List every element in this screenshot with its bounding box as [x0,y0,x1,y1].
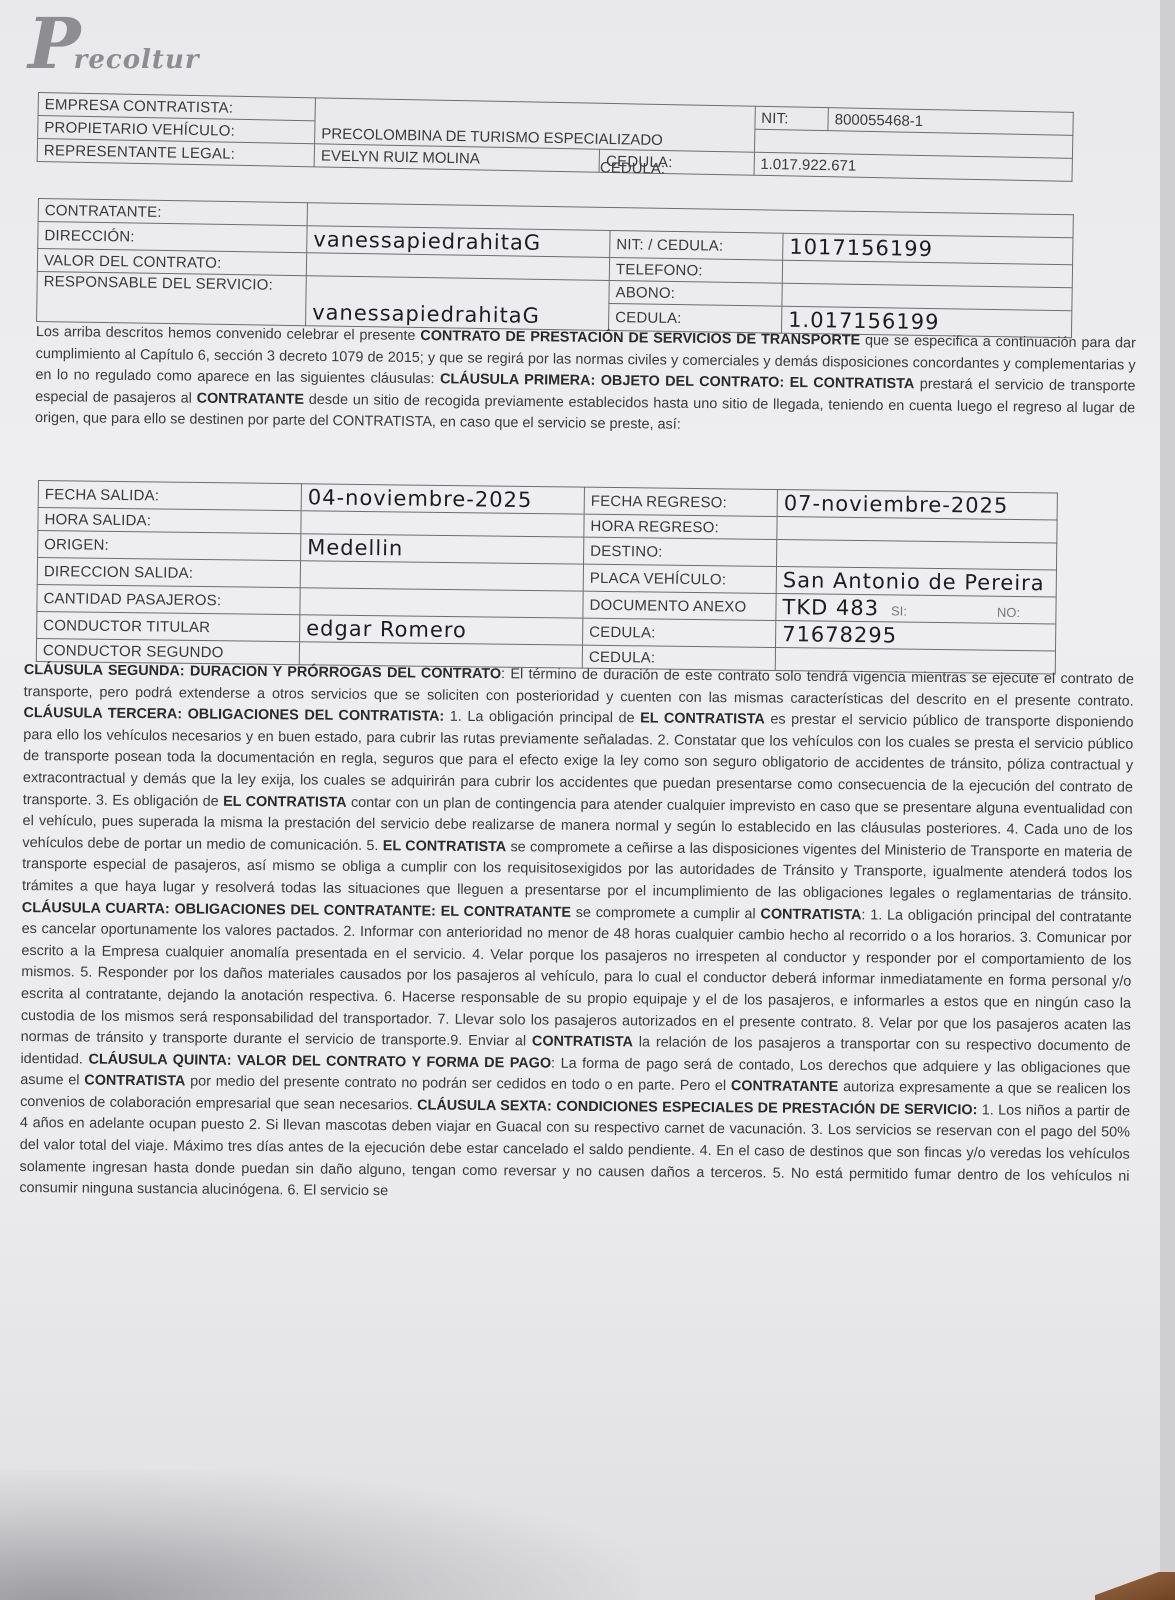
clausula-cuarta-text-2: : 1. La obligación principal del contrat… [21,907,1132,1050]
el-contratista-word: EL CONTRATISTA [640,711,765,728]
direccion-label: DIRECCIÓN: [38,222,307,253]
table-surface [1095,1572,1175,1600]
intro-text-a: Los arriba descritos hemos convenido cel… [36,324,421,344]
company-info-table: EMPRESA CONTRATISTA: PRECOLOMBINA DE TUR… [37,92,1074,182]
trip-left-label: FECHA SALIDA: [38,481,301,511]
empresa-contratista-value: PRECOLOMBINA DE TURISMO ESPECIALIZADO [315,98,755,152]
trip-right-label: DOCUMENTO ANEXO [583,591,776,620]
trip-left-label: ORIGEN: [38,531,301,561]
trip-left-value [300,588,583,618]
clausula-tercera-text-1: 1. La obligación principal de [444,709,640,727]
photo-shadow [0,1470,640,1600]
clausula-tercera-text-2: es prestar el servicio público de transp… [23,712,1134,810]
anexo-si-checkbox: SI: [891,603,907,618]
clausula-segunda-title: CLÁUSULA SEGUNDA: DURACION Y PRÓRROGAS D… [24,662,501,682]
trip-left-value [300,561,583,591]
trip-right-label: CEDULA: [583,618,776,647]
trip-right-value: San Antonio de Pereira [776,567,1056,597]
trip-right-value: 07-noviembre-2025 [777,490,1057,520]
contract-type-title: CONTRATO DE PRESTACIÓN DE SERVICIOS DE T… [420,328,860,349]
el-contratista-word: EL CONTRATISTA [383,838,507,855]
clausula-tercera-title: CLÁUSULA TERCERA: OBLIGACIONES DEL CONTR… [23,705,444,725]
trip-right-label: FECHA REGRESO: [584,487,777,516]
contract-page: Precoltur EMPRESA CONTRATISTA: PRECOLOMB… [0,0,1160,1600]
company-logo: Precoltur [28,2,200,85]
trip-left-value: edgar Romero [300,615,583,645]
placa-vehiculo-value: TKD 483 [782,595,879,620]
trip-left-value: Medellin [301,534,584,564]
contratista-word: CONTRATISTA [532,1034,633,1051]
representante-label: REPRESENTANTE LEGAL: [37,139,315,167]
anexo-no-checkbox: NO: [997,605,1020,620]
clausula-quinta-title: CLÁUSULA QUINTA: VALOR DEL CONTRATO Y FO… [88,1051,551,1071]
contratista-word: CONTRATISTA [760,906,861,923]
responsable-label: RESPONSABLE DEL SERVICIO: [37,271,307,325]
clausula-cuarta-title: CLÁUSULA CUARTA: OBLIGACIONES DEL CONTRA… [22,900,571,921]
trip-left-label: CANTIDAD PASAJEROS: [37,584,300,614]
trip-right-value [777,517,1057,543]
abono-label: ABONO: [609,280,782,306]
representante-value: EVELYN RUIZ MOLINA [314,144,600,172]
clausula-quinta-text-2: por medio del presente contrato no podrá… [185,1074,731,1095]
clausula-sexta-title: CLÁUSULA SEXTA: CONDICIONES ESPECIALES D… [417,1097,977,1118]
telefono-label: TELEFONO: [609,257,782,283]
trip-right-label: PLACA VEHÍCULO: [583,564,776,593]
intro-paragraph: Los arriba descritos hemos convenido cel… [35,322,1136,441]
trip-left-label: DIRECCION SALIDA: [37,558,300,588]
trip-details-table: FECHA SALIDA:04-noviembre-2025FECHA REGR… [36,480,1058,674]
trip-left-label: HORA SALIDA: [38,508,301,534]
contratante-word: CONTRATANTE [731,1078,839,1095]
clausula-cuarta-text-1: se compromete a cumplir al [571,904,761,922]
trip-right-label: HORA REGRESO: [584,514,777,539]
trip-left-value: 04-noviembre-2025 [301,484,584,514]
clausula-primera-title: CLÁUSULA PRIMERA: OBJETO DEL CONTRATO: E… [440,371,914,392]
el-contratista-word: EL CONTRATISTA [223,793,347,810]
nit-cedula-label: NIT: / CEDULA: [610,230,783,260]
trip-right-value [776,540,1056,570]
clauses-body: CLÁUSULA SEGUNDA: DURACION Y PRÓRROGAS D… [19,660,1134,1210]
contratista-word: CONTRATISTA [84,1073,185,1090]
trip-left-value [301,511,584,537]
logo-text: recoltur [74,45,200,75]
representante-cedula-value: 1.017.922.671 [754,152,1073,181]
responsable-value: vanessapiedrahitaG [306,276,610,331]
propietario-cedula-label: CEDULA: [600,159,665,177]
contratante-word: CONTRATANTE [197,390,305,407]
trip-right-label: DESTINO: [584,537,777,566]
contratante-table: CONTRATANTE: DIRECCIÓN: vanessapiedrahit… [36,198,1074,338]
nit-label: NIT: [754,106,828,130]
documento-anexo-cell: TKD 483SI:NO: [776,594,1056,624]
trip-left-label: CONDUCTOR TITULAR [37,611,300,641]
trip-right-value: 71678295 [776,621,1056,651]
